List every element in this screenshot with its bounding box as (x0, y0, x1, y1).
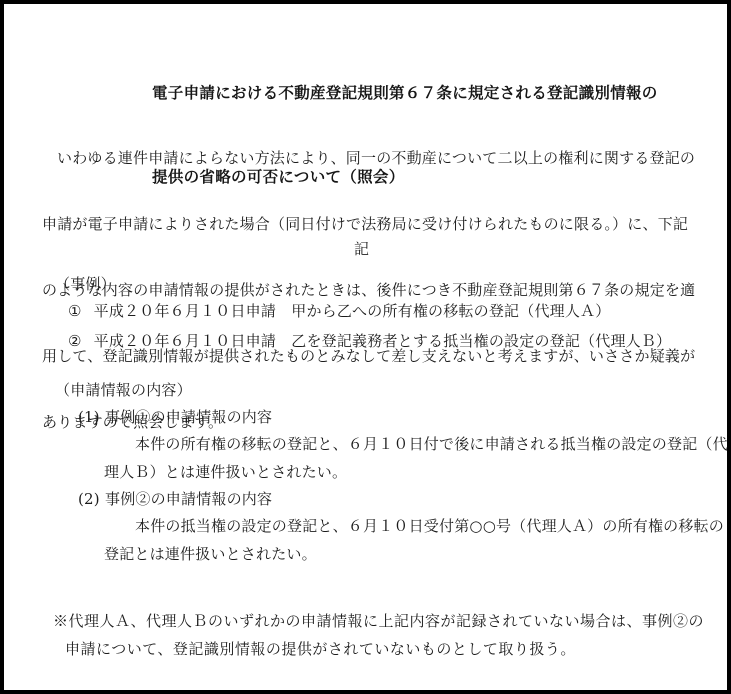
intro-line-2: 申請が電子申請によりされた場合（同日付けで法務局に受け付けられたものに限る。）に… (42, 210, 695, 238)
application-item-2-body-line-2: 登記とは連件扱いとされたい。 (104, 540, 317, 568)
case-1-number: ① (68, 297, 82, 325)
footnote-line-1: ※代理人Ａ、代理人Ｂのいずれかの申請情報に上記内容が記録されていない場合は、事例… (53, 607, 704, 635)
cases-section-label: （事例） (55, 270, 116, 298)
scanned-document: { "page": { "title_lines": [ "電子申請における不動… (0, 0, 731, 694)
footnote-line-2: 申請について、登記識別情報の提供がされていないものとして取り扱う。 (65, 635, 576, 663)
application-item-2-heading-row: (2) 事例②の申請情報の内容 (78, 485, 272, 513)
ki-heading: 記 (0, 240, 723, 258)
application-item-1-number: (1) (78, 403, 105, 431)
case-2-text: 平成２０年６月１０日申請 乙を登記義務者とする抵当権の設定の登記（代理人Ｂ） (94, 327, 672, 355)
intro-line-1: いわゆる連件申請によらない方法により、同一の不動産について二以上の権利に関する登… (42, 144, 695, 172)
application-item-2-number: (2) (78, 485, 105, 513)
case-item-2: ② 平成２０年６月１０日申請 乙を登記義務者とする抵当権の設定の登記（代理人Ｂ） (68, 327, 671, 355)
application-info-label: （申請情報の内容） (55, 376, 192, 404)
document-title-line-1: 電子申請における不動産登記規則第６７条に規定される登記識別情報の (152, 80, 658, 108)
case-1-text: 平成２０年６月１０日申請 甲から乙への所有権の移転の登記（代理人Ａ） (94, 297, 611, 325)
application-item-1-heading: 事例①の申請情報の内容 (105, 403, 272, 431)
application-item-1-body-line-1: 本件の所有権の移転の登記と、６月１０日付で後に申請される抵当権の設定の登記（代 (135, 430, 728, 458)
application-item-1-heading-row: (1) 事例①の申請情報の内容 (78, 403, 272, 431)
application-item-1-body-line-2: 理人Ｂ）とは連件扱いとされたい。 (104, 458, 347, 486)
application-item-2-body-line-1: 本件の抵当権の設定の登記と、６月１０日受付第○○号（代理人Ａ）の所有権の移転の (135, 512, 724, 540)
application-item-2-heading: 事例②の申請情報の内容 (105, 485, 272, 513)
case-2-number: ② (68, 327, 82, 355)
case-item-1: ① 平成２０年６月１０日申請 甲から乙への所有権の移転の登記（代理人Ａ） (68, 297, 610, 325)
